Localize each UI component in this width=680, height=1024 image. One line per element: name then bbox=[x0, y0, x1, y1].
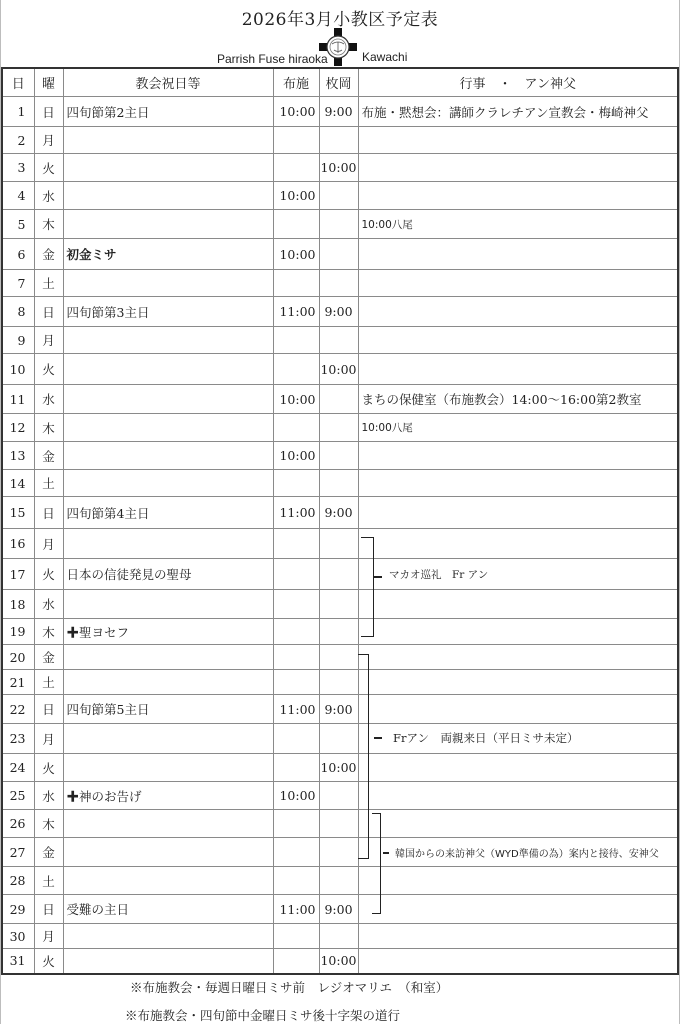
hiraoka-time-cell: 10:00 bbox=[319, 754, 358, 782]
table-row: 3火10:00 bbox=[2, 154, 678, 182]
day-cell: 20 bbox=[2, 645, 34, 670]
weekday-cell: 日 bbox=[34, 695, 63, 724]
event-cell bbox=[358, 895, 678, 924]
hiraoka-time-cell bbox=[319, 810, 358, 838]
hiraoka-time-cell bbox=[319, 590, 358, 619]
event-cell: まちの保健室（布施教会）14:00～16:00第2教室 bbox=[358, 385, 678, 414]
feast-cell bbox=[63, 590, 273, 619]
feast-cell bbox=[63, 838, 273, 867]
fuse-time-cell bbox=[273, 949, 319, 974]
weekday-cell: 金 bbox=[34, 239, 63, 270]
event-cell bbox=[358, 182, 678, 210]
day-cell: 4 bbox=[2, 182, 34, 210]
weekday-cell: 月 bbox=[34, 724, 63, 754]
table-row: 13金10:00 bbox=[2, 442, 678, 470]
event-cell bbox=[358, 949, 678, 974]
hiraoka-time-cell bbox=[319, 619, 358, 645]
feast-cell: 四旬節第5主日 bbox=[63, 695, 273, 724]
fuse-time-cell bbox=[273, 645, 319, 670]
day-cell: 23 bbox=[2, 724, 34, 754]
fuse-time-cell: 11:00 bbox=[273, 695, 319, 724]
day-cell: 7 bbox=[2, 270, 34, 297]
feast-cell: ✚聖ヨセフ bbox=[63, 619, 273, 645]
parish-name-right: Kawachi bbox=[362, 50, 407, 64]
weekday-cell: 水 bbox=[34, 590, 63, 619]
hiraoka-time-cell bbox=[319, 385, 358, 414]
weekday-cell: 月 bbox=[34, 327, 63, 354]
event-cell bbox=[358, 867, 678, 895]
day-cell: 19 bbox=[2, 619, 34, 645]
feast-cell bbox=[63, 127, 273, 154]
parish-name-left: Parrish Fuse hiraoka bbox=[217, 52, 328, 66]
footnote-stations: ※布施教会・四旬節中金曜日ミサ後十字架の道行 bbox=[125, 1006, 400, 1024]
event-cell bbox=[358, 327, 678, 354]
hiraoka-time-cell: 10:00 bbox=[319, 949, 358, 974]
table-row: 9月 bbox=[2, 327, 678, 354]
feast-cell bbox=[63, 385, 273, 414]
event-cell bbox=[358, 754, 678, 782]
day-cell: 31 bbox=[2, 949, 34, 974]
fuse-time-cell bbox=[273, 210, 319, 239]
fuse-time-cell: 11:00 bbox=[273, 297, 319, 327]
day-cell: 28 bbox=[2, 867, 34, 895]
feast-cell: 四旬節第2主日 bbox=[63, 97, 273, 127]
feast-cell: 初金ミサ bbox=[63, 239, 273, 270]
weekday-cell: 土 bbox=[34, 270, 63, 297]
fuse-time-cell bbox=[273, 670, 319, 695]
fuse-time-cell: 10:00 bbox=[273, 385, 319, 414]
weekday-cell: 水 bbox=[34, 385, 63, 414]
bracket-tick bbox=[374, 576, 382, 578]
table-row: 5木10:00八尾 bbox=[2, 210, 678, 239]
hiraoka-time-cell bbox=[319, 670, 358, 695]
table-row: 26木 bbox=[2, 810, 678, 838]
table-row: 15日四旬節第4主日11:009:00 bbox=[2, 497, 678, 529]
hiraoka-time-cell bbox=[319, 442, 358, 470]
fuse-time-cell: 11:00 bbox=[273, 497, 319, 529]
table-row: 21土 bbox=[2, 670, 678, 695]
event-cell bbox=[358, 497, 678, 529]
hiraoka-time-cell: 9:00 bbox=[319, 297, 358, 327]
hiraoka-time-cell: 9:00 bbox=[319, 695, 358, 724]
event-cell bbox=[358, 529, 678, 559]
bracket-tick bbox=[374, 737, 382, 739]
day-cell: 11 bbox=[2, 385, 34, 414]
table-row: 24火10:00 bbox=[2, 754, 678, 782]
weekday-cell: 日 bbox=[34, 97, 63, 127]
weekday-cell: 金 bbox=[34, 645, 63, 670]
fuse-time-cell bbox=[273, 924, 319, 949]
table-row: 11水10:00 まちの保健室（布施教会）14:00～16:00第2教室 bbox=[2, 385, 678, 414]
hiraoka-time-cell bbox=[319, 782, 358, 810]
event-cell bbox=[358, 239, 678, 270]
event-cell bbox=[358, 645, 678, 670]
day-cell: 17 bbox=[2, 559, 34, 590]
day-cell: 1 bbox=[2, 97, 34, 127]
feast-cell bbox=[63, 724, 273, 754]
day-cell: 15 bbox=[2, 497, 34, 529]
day-cell: 18 bbox=[2, 590, 34, 619]
bracket-korea bbox=[372, 813, 381, 914]
bracket-tick bbox=[383, 852, 389, 854]
hiraoka-time-cell: 9:00 bbox=[319, 895, 358, 924]
day-cell: 26 bbox=[2, 810, 34, 838]
hiraoka-time-cell bbox=[319, 470, 358, 497]
feast-cell bbox=[63, 354, 273, 385]
hiraoka-time-cell bbox=[319, 559, 358, 590]
event-cell bbox=[358, 470, 678, 497]
weekday-cell: 日 bbox=[34, 297, 63, 327]
feast-cell bbox=[63, 810, 273, 838]
fuse-time-cell bbox=[273, 354, 319, 385]
weekday-cell: 水 bbox=[34, 782, 63, 810]
fuse-time-cell: 11:00 bbox=[273, 895, 319, 924]
day-cell: 27 bbox=[2, 838, 34, 867]
feast-cell bbox=[63, 154, 273, 182]
fuse-time-cell bbox=[273, 724, 319, 754]
feast-cell bbox=[63, 949, 273, 974]
table-row: 4水10:00 bbox=[2, 182, 678, 210]
day-cell: 24 bbox=[2, 754, 34, 782]
table-row: 31火10:00 bbox=[2, 949, 678, 974]
fuse-time-cell: 10:00 bbox=[273, 782, 319, 810]
fuse-time-cell bbox=[273, 754, 319, 782]
table-row: 2月 bbox=[2, 127, 678, 154]
weekday-cell: 火 bbox=[34, 949, 63, 974]
table-row: 17火日本の信徒発見の聖母 bbox=[2, 559, 678, 590]
table-row: 14土 bbox=[2, 470, 678, 497]
day-cell: 6 bbox=[2, 239, 34, 270]
fuse-time-cell bbox=[273, 414, 319, 442]
event-cell: 10:00八尾 bbox=[358, 210, 678, 239]
page-title: 2026年3月小教区予定表 bbox=[0, 5, 680, 30]
event-cell bbox=[358, 354, 678, 385]
fuse-time-cell bbox=[273, 127, 319, 154]
event-cell bbox=[358, 270, 678, 297]
day-cell: 30 bbox=[2, 924, 34, 949]
event-cell bbox=[358, 442, 678, 470]
weekday-cell: 火 bbox=[34, 559, 63, 590]
table-row: 29日受難の主日11:009:00 bbox=[2, 895, 678, 924]
col-header-hiraoka: 枚岡 bbox=[319, 68, 358, 97]
weekday-cell: 木 bbox=[34, 619, 63, 645]
table-row: 16月 bbox=[2, 529, 678, 559]
hiraoka-time-cell bbox=[319, 327, 358, 354]
hiraoka-time-cell: 9:00 bbox=[319, 97, 358, 127]
event-cell: 10:00八尾 bbox=[358, 414, 678, 442]
fuse-time-cell bbox=[273, 270, 319, 297]
hiraoka-time-cell bbox=[319, 127, 358, 154]
schedule-table: 日 曜 教会祝日等 布施 枚岡 行事 ・ アン神父 1日四旬節第2主日10:00… bbox=[1, 67, 679, 975]
hiraoka-time-cell bbox=[319, 270, 358, 297]
table-row: 1日四旬節第2主日10:009:00布施・黙想会：講師クラレチアン宣教会・梅崎神… bbox=[2, 97, 678, 127]
day-cell: 29 bbox=[2, 895, 34, 924]
feast-cell: ✚神のお告げ bbox=[63, 782, 273, 810]
feast-cell bbox=[63, 270, 273, 297]
event-cell bbox=[358, 154, 678, 182]
table-row: 6金初金ミサ10:00 bbox=[2, 239, 678, 270]
weekday-cell: 金 bbox=[34, 838, 63, 867]
day-cell: 22 bbox=[2, 695, 34, 724]
table-row: 10火10:00 bbox=[2, 354, 678, 385]
event-cell bbox=[358, 782, 678, 810]
event-cell bbox=[358, 127, 678, 154]
fuse-time-cell: 10:00 bbox=[273, 442, 319, 470]
feast-cell: 日本の信徒発見の聖母 bbox=[63, 559, 273, 590]
fuse-time-cell bbox=[273, 867, 319, 895]
hiraoka-time-cell: 10:00 bbox=[319, 354, 358, 385]
day-cell: 12 bbox=[2, 414, 34, 442]
feast-cell bbox=[63, 327, 273, 354]
hiraoka-time-cell: 10:00 bbox=[319, 154, 358, 182]
table-row: 22日四旬節第5主日11:009:00 bbox=[2, 695, 678, 724]
day-cell: 9 bbox=[2, 327, 34, 354]
table-row: 20金 bbox=[2, 645, 678, 670]
weekday-cell: 月 bbox=[34, 924, 63, 949]
event-cell bbox=[358, 924, 678, 949]
fuse-time-cell bbox=[273, 810, 319, 838]
table-row: 12木10:00八尾 bbox=[2, 414, 678, 442]
bracket-parents bbox=[358, 654, 369, 859]
weekday-cell: 水 bbox=[34, 182, 63, 210]
table-row: 25水✚神のお告げ10:00 bbox=[2, 782, 678, 810]
fuse-time-cell bbox=[273, 327, 319, 354]
weekday-cell: 木 bbox=[34, 210, 63, 239]
hiraoka-time-cell bbox=[319, 210, 358, 239]
day-cell: 21 bbox=[2, 670, 34, 695]
fuse-time-cell bbox=[273, 838, 319, 867]
event-cell bbox=[358, 810, 678, 838]
weekday-cell: 火 bbox=[34, 354, 63, 385]
feast-cell bbox=[63, 442, 273, 470]
day-cell: 3 bbox=[2, 154, 34, 182]
weekday-cell: 火 bbox=[34, 754, 63, 782]
weekday-cell: 月 bbox=[34, 127, 63, 154]
weekday-cell: 火 bbox=[34, 154, 63, 182]
feast-cell bbox=[63, 470, 273, 497]
weekday-cell: 木 bbox=[34, 414, 63, 442]
fuse-time-cell: 10:00 bbox=[273, 239, 319, 270]
weekday-cell: 月 bbox=[34, 529, 63, 559]
weekday-cell: 土 bbox=[34, 670, 63, 695]
feast-cell bbox=[63, 867, 273, 895]
event-cell bbox=[358, 297, 678, 327]
feast-cell bbox=[63, 670, 273, 695]
event-cell bbox=[358, 590, 678, 619]
day-cell: 5 bbox=[2, 210, 34, 239]
event-cell bbox=[358, 670, 678, 695]
hiraoka-time-cell bbox=[319, 239, 358, 270]
weekday-cell: 土 bbox=[34, 867, 63, 895]
fuse-time-cell bbox=[273, 619, 319, 645]
day-cell: 2 bbox=[2, 127, 34, 154]
feast-cell bbox=[63, 210, 273, 239]
feast-cell bbox=[63, 529, 273, 559]
fuse-time-cell bbox=[273, 154, 319, 182]
feast-cell: 四旬節第4主日 bbox=[63, 497, 273, 529]
day-cell: 13 bbox=[2, 442, 34, 470]
weekday-cell: 日 bbox=[34, 497, 63, 529]
feast-cell bbox=[63, 924, 273, 949]
feast-cell bbox=[63, 645, 273, 670]
day-cell: 10 bbox=[2, 354, 34, 385]
table-row: 28土 bbox=[2, 867, 678, 895]
hiraoka-time-cell bbox=[319, 529, 358, 559]
fuse-time-cell bbox=[273, 590, 319, 619]
col-header-feast: 教会祝日等 bbox=[63, 68, 273, 97]
fuse-time-cell bbox=[273, 559, 319, 590]
table-row: 18水 bbox=[2, 590, 678, 619]
event-cell bbox=[358, 619, 678, 645]
col-header-day: 日 bbox=[2, 68, 34, 97]
day-cell: 8 bbox=[2, 297, 34, 327]
col-header-weekday: 曜 bbox=[34, 68, 63, 97]
fuse-time-cell bbox=[273, 529, 319, 559]
weekday-cell: 日 bbox=[34, 895, 63, 924]
feast-cell: 四旬節第3主日 bbox=[63, 297, 273, 327]
bracket-label-korea: 韓国からの来訪神父（WYD準備の為）案内と接待、安神父 bbox=[395, 845, 659, 860]
day-cell: 25 bbox=[2, 782, 34, 810]
hiraoka-time-cell: 9:00 bbox=[319, 497, 358, 529]
fuse-time-cell: 10:00 bbox=[273, 97, 319, 127]
hiraoka-time-cell bbox=[319, 414, 358, 442]
table-row: 8日四旬節第3主日11:009:00 bbox=[2, 297, 678, 327]
hiraoka-time-cell bbox=[319, 924, 358, 949]
table-row: 19木✚聖ヨセフ bbox=[2, 619, 678, 645]
fuse-time-cell bbox=[273, 470, 319, 497]
hiraoka-time-cell bbox=[319, 838, 358, 867]
day-cell: 16 bbox=[2, 529, 34, 559]
event-cell: 布施・黙想会：講師クラレチアン宣教会・梅崎神父 bbox=[358, 97, 678, 127]
feast-cell: 受難の主日 bbox=[63, 895, 273, 924]
hiraoka-time-cell bbox=[319, 645, 358, 670]
event-cell bbox=[358, 695, 678, 724]
hiraoka-time-cell bbox=[319, 724, 358, 754]
feast-cell bbox=[63, 414, 273, 442]
table-row: 7土 bbox=[2, 270, 678, 297]
feast-cell bbox=[63, 754, 273, 782]
hiraoka-time-cell bbox=[319, 182, 358, 210]
table-header-row: 日 曜 教会祝日等 布施 枚岡 行事 ・ アン神父 bbox=[2, 68, 678, 97]
weekday-cell: 土 bbox=[34, 470, 63, 497]
col-header-fuse: 布施 bbox=[273, 68, 319, 97]
weekday-cell: 金 bbox=[34, 442, 63, 470]
footnote-legio: ※布施教会・毎週日曜日ミサ前 レジオマリエ （和室） bbox=[130, 978, 448, 996]
hiraoka-time-cell bbox=[319, 867, 358, 895]
col-header-events: 行事 ・ アン神父 bbox=[358, 68, 678, 97]
bracket-label-parents: Frアン 両親来日（平日ミサ未定） bbox=[393, 730, 579, 746]
bracket-macau bbox=[361, 537, 374, 637]
fuse-time-cell: 10:00 bbox=[273, 182, 319, 210]
weekday-cell: 木 bbox=[34, 810, 63, 838]
table-row: 30月 bbox=[2, 924, 678, 949]
day-cell: 14 bbox=[2, 470, 34, 497]
feast-cell bbox=[63, 182, 273, 210]
bracket-label-macau: マカオ巡礼 Fr アン bbox=[389, 567, 488, 582]
